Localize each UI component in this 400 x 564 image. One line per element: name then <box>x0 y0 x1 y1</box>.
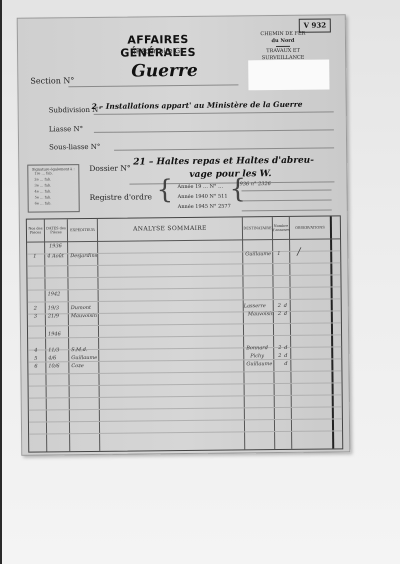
row-rule <box>28 370 341 374</box>
row-rule <box>29 406 342 410</box>
registre-note: 1936 n° 2326 <box>236 181 270 187</box>
row-year: 1942 <box>48 291 61 297</box>
row-rule <box>28 286 341 290</box>
row-date: 21/9 <box>48 313 59 319</box>
registre-label: Registre d'ordre <box>90 192 152 202</box>
row-rule <box>28 298 341 302</box>
company-line-2: du Nord <box>248 38 318 46</box>
card-subtitle: (Répertoire G) <box>88 47 228 56</box>
row-rule <box>28 334 341 338</box>
row-rule <box>29 382 342 386</box>
row-annexes: 2 <box>278 345 281 351</box>
row-rule <box>29 418 342 422</box>
row-rule <box>29 394 342 398</box>
header-annexes: Nombre d'annexes <box>273 217 289 239</box>
row-obs: d <box>284 311 287 317</box>
row-date: 10/6 <box>48 363 59 369</box>
signature-box: Signature également à : 1re … fab. 2e … … <box>27 164 79 213</box>
row-rule <box>28 322 341 326</box>
sous-liasse-rule <box>114 147 334 150</box>
row-sender: Mauvoisin <box>71 313 97 319</box>
row-date: 19/3 <box>48 305 59 311</box>
row-dest: Pichy <box>250 353 264 359</box>
row-no: 1 <box>33 254 36 260</box>
analysis-table: Nos des Pièces DATES des Pièces EXPÉDITE… <box>26 215 343 452</box>
header-no-pieces: Nos des Pièces <box>27 219 44 241</box>
row-obs: d <box>284 361 287 367</box>
header-expediteur: EXPÉDITEUR <box>68 219 97 241</box>
row-no: 6 <box>34 364 37 370</box>
row-dest: Lasserre <box>244 303 266 309</box>
registre-rule <box>242 199 332 201</box>
row-sender: Coze <box>71 363 83 369</box>
header-observations: OBSERVATIONS <box>290 216 330 238</box>
row-obs: d <box>284 345 287 351</box>
row-rule <box>29 430 342 434</box>
row-sender: Desjardins <box>70 253 97 259</box>
row-annexes: 2 <box>278 311 281 317</box>
header-dates: DATES des Pièces <box>45 219 67 241</box>
registre-entry-1: Année 19 … N° … <box>177 184 223 190</box>
row-rule <box>27 274 340 278</box>
row-no: 2 <box>34 306 37 312</box>
row-year: 1946 <box>48 331 61 337</box>
row-dest: Mauvoisin <box>248 311 274 317</box>
subdivision-rule <box>94 111 334 115</box>
section-label: Section N° <box>30 76 74 85</box>
row-date: 11/3 <box>48 347 59 353</box>
header-analyse: ANALYSE SOMMAIRE <box>98 217 242 241</box>
row-sender: Guillaume <box>71 355 97 361</box>
dossier-value-line-1: 21 – Haltes repas et Haltes d'abreu- <box>133 156 314 168</box>
row-rule <box>27 262 340 266</box>
row-annexes: 2 <box>278 353 281 359</box>
row-annexes: 2 <box>278 303 281 309</box>
registre-entry-2: Année 1940 N° 511 <box>178 194 228 201</box>
row-dest: Guillaume <box>246 361 272 367</box>
liasse-label: Liasse N° <box>49 125 83 133</box>
row-dest: Bonnard <box>246 345 268 351</box>
row-no: 5 <box>34 356 37 362</box>
header-destinataire: DESTINATAIRE <box>243 217 272 239</box>
row-obs: / <box>297 247 300 258</box>
company-divider <box>276 46 290 47</box>
section-value: Guerre <box>131 61 198 82</box>
registre-rule <box>242 189 332 191</box>
registre-rule <box>242 209 332 211</box>
row-dest: Guillaume <box>245 251 271 257</box>
row-obs: d <box>284 353 287 359</box>
archive-index-card: V 932 AFFAIRES GÉNÉRALES (Répertoire G) … <box>17 14 351 455</box>
registre-entry-3: Année 1945 N° 2577 <box>178 204 231 211</box>
company-header: CHEMIN DE FER du Nord TRAVAUX ET SURVEIL… <box>248 31 318 63</box>
row-obs: d <box>284 303 287 309</box>
section-rule <box>68 84 238 87</box>
signature-row: 6e … fab. <box>29 201 79 208</box>
left-brace: { <box>156 175 173 205</box>
row-sender: Dumont <box>71 305 91 311</box>
redacted-box <box>248 59 329 90</box>
dossier-label: Dossier N° <box>89 164 130 173</box>
sous-liasse-label: Sous-liasse N° <box>49 143 100 152</box>
row-no: 4 <box>34 348 37 354</box>
row-annexes: 1 <box>277 251 280 257</box>
row-no: 3 <box>34 314 37 320</box>
scan-edge <box>0 0 2 564</box>
row-date: 4 Août <box>47 253 64 259</box>
liasse-rule <box>94 129 334 133</box>
row-sender: S.M.d. <box>71 347 87 353</box>
row-year: 1936 <box>49 243 62 249</box>
row-date: 4/6 <box>48 355 56 361</box>
subdivision-value: 2 – Installations appart' au Ministère d… <box>92 100 303 111</box>
